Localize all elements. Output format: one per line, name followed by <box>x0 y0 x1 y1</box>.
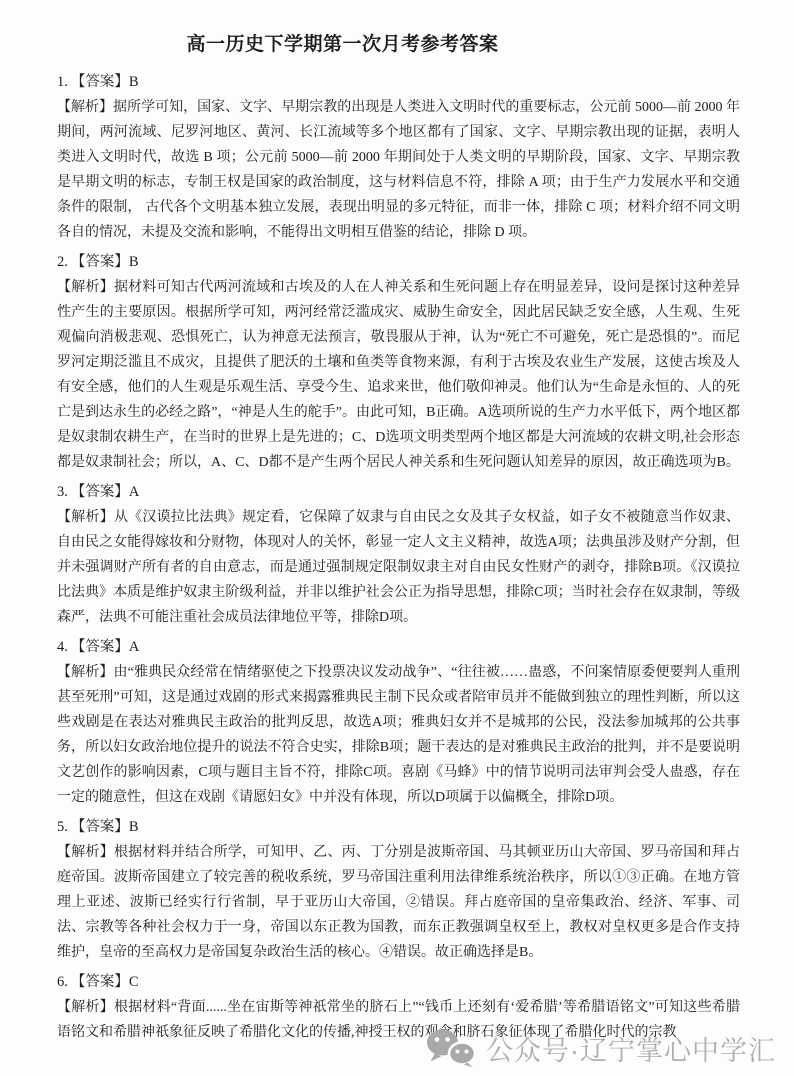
item-number: 1. <box>57 74 68 90</box>
answer-item: 1.【答案】B 【解析】据所学可知，国家、文字、早期宗教的出现是人类进入文明时代… <box>57 70 740 245</box>
answer-value: C <box>129 974 139 990</box>
answer-label: 【答案】 <box>71 74 129 90</box>
answer-line: 4.【答案】A <box>57 635 740 660</box>
analysis-label: 【解析】 <box>57 100 113 115</box>
analysis-label: 【解析】 <box>57 665 114 680</box>
answer-line: 1.【答案】B <box>57 70 740 95</box>
watermark-text: 公众号·辽宁掌心中学汇 <box>486 1029 776 1068</box>
document-page: 高一历史下学期第一次月考参考答案 1.【答案】B 【解析】据所学可知，国家、文字… <box>0 0 794 1076</box>
answer-value: A <box>129 484 139 500</box>
analysis-paragraph: 【解析】从《汉谟拉比法典》规定看，它保障了奴隶与自由民之女及其子女权益，如子女不… <box>57 505 740 630</box>
page-title: 高一历史下学期第一次月考参考答案 <box>1 30 684 60</box>
wechat-icon <box>425 1028 477 1068</box>
answer-line: 6.【答案】C <box>57 970 740 995</box>
analysis-text: 从《汉谟拉比法典》规定看，它保障了奴隶与自由民之女及其子女权益，如子女不被随意当… <box>57 510 740 625</box>
analysis-text: 由“雅典民众经常在情绪驱使之下投票决议发动战争”、“往往被……蛊惑，不问案情原委… <box>57 665 740 805</box>
analysis-label: 【解析】 <box>57 510 114 525</box>
analysis-paragraph: 【解析】由“雅典民众经常在情绪驱使之下投票决议发动战争”、“往往被……蛊惑，不问… <box>57 660 740 810</box>
analysis-text: 据所学可知，国家、文字、早期宗教的出现是人类进入文明时代的重要标志，公元前 50… <box>57 100 740 240</box>
item-number: 2. <box>57 254 68 270</box>
answer-label: 【答案】 <box>71 484 129 500</box>
item-number: 6. <box>57 974 68 990</box>
answer-item: 4.【答案】A 【解析】由“雅典民众经常在情绪驱使之下投票决议发动战争”、“往往… <box>57 635 740 810</box>
analysis-paragraph: 【解析】据所学可知，国家、文字、早期宗教的出现是人类进入文明时代的重要标志，公元… <box>57 95 740 245</box>
answer-line: 2.【答案】B <box>57 250 740 275</box>
answer-item: 3.【答案】A 【解析】从《汉谟拉比法典》规定看，它保障了奴隶与自由民之女及其子… <box>57 480 740 630</box>
answer-item: 2.【答案】B 【解析】据材料可知古代两河流域和古埃及的人在人神关系和生死问题上… <box>57 250 740 475</box>
item-number: 4. <box>57 639 68 655</box>
analysis-label: 【解析】 <box>57 1000 114 1015</box>
analysis-label: 【解析】 <box>57 280 114 295</box>
answer-label: 【答案】 <box>71 639 129 655</box>
answer-value: B <box>129 74 139 90</box>
answer-line: 3.【答案】A <box>57 480 740 505</box>
answer-item: 5.【答案】B 【解析】根据材料并结合所学，可知甲、乙、丙、丁分别是波斯帝国、马… <box>57 815 740 965</box>
analysis-text: 根据材料并结合所学，可知甲、乙、丙、丁分别是波斯帝国、马其顿亚历山大帝国、罗马帝… <box>57 845 740 960</box>
answer-label: 【答案】 <box>71 819 129 835</box>
watermark: 公众号·辽宁掌心中学汇 <box>425 1028 776 1068</box>
document-content: 高一历史下学期第一次月考参考答案 1.【答案】B 【解析】据所学可知，国家、文字… <box>0 0 794 1045</box>
analysis-paragraph: 【解析】根据材料并结合所学，可知甲、乙、丙、丁分别是波斯帝国、马其顿亚历山大帝国… <box>57 840 740 965</box>
answer-value: B <box>129 254 139 270</box>
analysis-paragraph: 【解析】据材料可知古代两河流域和古埃及的人在人神关系和生死问题上存在明显差异，设… <box>57 275 740 475</box>
analysis-label: 【解析】 <box>57 845 114 860</box>
analysis-text: 据材料可知古代两河流域和古埃及的人在人神关系和生死问题上存在明显差异，设问是探讨… <box>57 280 740 470</box>
answer-value: A <box>129 639 139 655</box>
item-number: 3. <box>57 484 68 500</box>
answer-label: 【答案】 <box>71 254 129 270</box>
answer-value: B <box>129 819 139 835</box>
answer-label: 【答案】 <box>71 974 129 990</box>
item-number: 5. <box>57 819 68 835</box>
answer-line: 5.【答案】B <box>57 815 740 840</box>
